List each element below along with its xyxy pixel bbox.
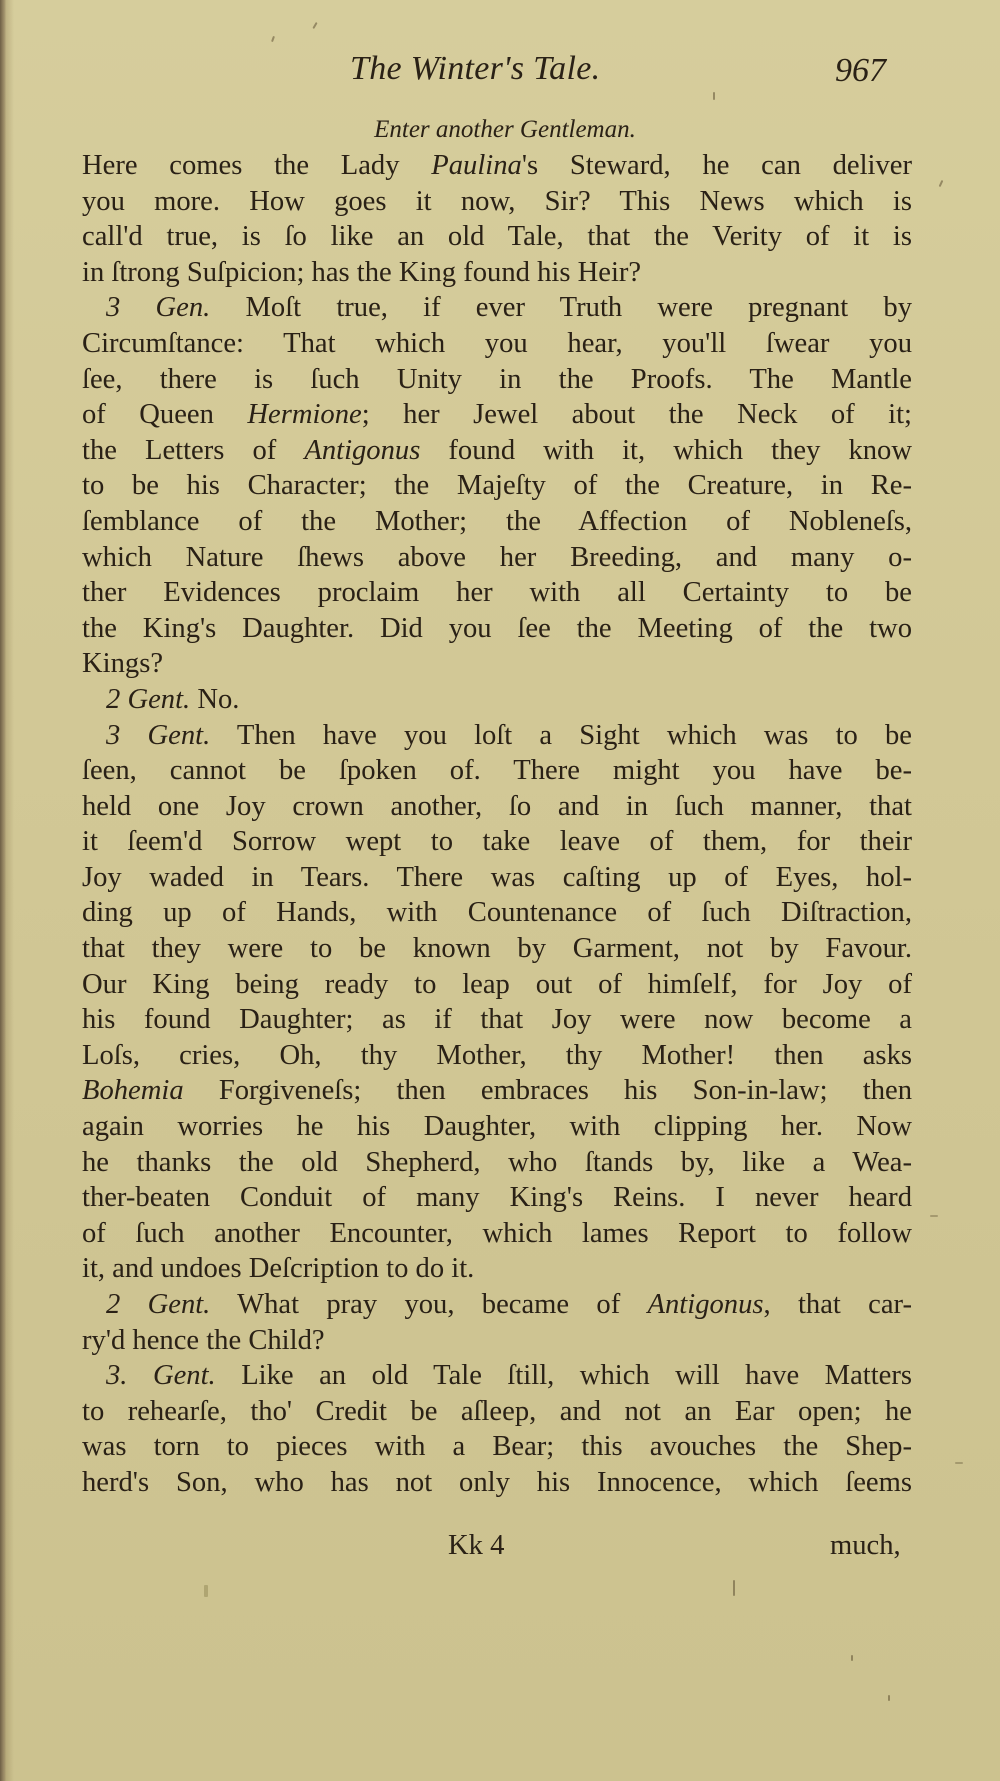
text-line: it ſeem'd Sorrow wept to take leave of t… bbox=[82, 824, 912, 860]
text-line: of ſuch another Encounter, which lames R… bbox=[82, 1216, 912, 1252]
proper-name: Antigonus bbox=[304, 435, 420, 466]
text-line: ther-beaten Conduit of many King's Reins… bbox=[82, 1180, 912, 1216]
running-head: The Winter's Tale. 967 bbox=[0, 50, 1000, 100]
text-line: ſeen, cannot be ſpoken of. There might y… bbox=[82, 753, 912, 789]
text-line: call'd true, is ſo like an old Tale, tha… bbox=[82, 219, 912, 255]
text-line: again worries he his Daughter, with clip… bbox=[82, 1109, 912, 1145]
text-line: his found Daughter; as if that Joy were … bbox=[82, 1002, 912, 1038]
proper-name: Antigonus bbox=[648, 1289, 764, 1320]
text-line: which Nature ſhews above her Breeding, a… bbox=[82, 540, 912, 576]
text-line: herd's Son, who has not only his Innocen… bbox=[82, 1465, 912, 1501]
text-line: of Queen Hermione; her Jewel about the N… bbox=[82, 397, 912, 433]
proper-name: Paulina bbox=[431, 150, 522, 181]
speaker-prefix: 3 Gent. bbox=[106, 720, 210, 751]
text-line: it, and undoes Deſcription to do it. bbox=[82, 1251, 912, 1287]
text-line: to be his Character; the Majeſty of the … bbox=[82, 468, 912, 504]
stage-direction: Enter another Gentleman. bbox=[0, 116, 1000, 144]
text-line: in ſtrong Suſpicion; has the King found … bbox=[82, 255, 912, 291]
text-line: Our King being ready to leap out of himſ… bbox=[82, 967, 912, 1003]
paper-speck bbox=[733, 1580, 735, 1596]
text-line: Here comes the Lady Paulina's Steward, h… bbox=[82, 148, 912, 184]
paper-speck bbox=[312, 22, 317, 29]
signature-mark: Kk 4 bbox=[448, 1530, 504, 1562]
text-line: ſemblance of the Mother; the Affection o… bbox=[82, 504, 912, 540]
text-line: was torn to pieces with a Bear; this avo… bbox=[82, 1429, 912, 1465]
speech-line: 3. Gent. Like an old Tale ſtill, which w… bbox=[82, 1358, 912, 1394]
text-line: he thanks the old Shepherd, who ſtands b… bbox=[82, 1145, 912, 1181]
text-line: the King's Daughter. Did you ſee the Mee… bbox=[82, 611, 912, 647]
text-line: you more. How goes it now, Sir? This New… bbox=[82, 184, 912, 220]
text-line: Joy waded in Tears. There was caſting up… bbox=[82, 860, 912, 896]
speaker-prefix: 3. Gent. bbox=[106, 1360, 216, 1391]
speech-line: 2 Gent. No. bbox=[82, 682, 912, 718]
proper-name: Bohemia bbox=[82, 1075, 184, 1106]
paper-speck bbox=[939, 180, 944, 187]
speech-line: 3 Gent. Then have you loſt a Sight which… bbox=[82, 718, 912, 754]
text-line: Kings? bbox=[82, 646, 912, 682]
paper-speck bbox=[271, 36, 275, 42]
speech-line: 3 Gen. Moſt true, if ever Truth were pre… bbox=[82, 290, 912, 326]
text-line: Circumſtance: That which you hear, you'l… bbox=[82, 326, 912, 362]
text-line: ry'd hence the Child? bbox=[82, 1323, 912, 1359]
paper-speck bbox=[713, 92, 715, 100]
proper-name: Hermione bbox=[247, 399, 361, 430]
text-line: that they were to be known by Garment, n… bbox=[82, 931, 912, 967]
text-line: Loſs, cries, Oh, thy Mother, thy Mother!… bbox=[82, 1038, 912, 1074]
text-line: to rehearſe, tho' Credit be aſleep, and … bbox=[82, 1394, 912, 1430]
speaker-prefix: 3 Gen. bbox=[106, 292, 210, 323]
text-line: ther Evidences proclaim her with all Cer… bbox=[82, 575, 912, 611]
text-line: ſee, there is ſuch Unity in the Proofs. … bbox=[82, 362, 912, 398]
paper-speck bbox=[204, 1585, 208, 1597]
paper-speck bbox=[888, 1695, 890, 1701]
page-number: 967 bbox=[835, 52, 886, 90]
paper-speck bbox=[930, 1215, 938, 1217]
running-title: The Winter's Tale. bbox=[350, 50, 600, 88]
speaker-prefix: 2 Gent. bbox=[106, 684, 190, 715]
speech-line: 2 Gent. What pray you, became of Antigon… bbox=[82, 1287, 912, 1323]
text-line: held one Joy crown another, ſo and in ſu… bbox=[82, 789, 912, 825]
catchword: much, bbox=[830, 1530, 901, 1562]
text-line: ding up of Hands, with Countenance of ſu… bbox=[82, 895, 912, 931]
text-line: Bohemia Forgiveneſs; then embraces his S… bbox=[82, 1073, 912, 1109]
paper-speck bbox=[955, 1462, 963, 1464]
text-line: the Letters of Antigonus found with it, … bbox=[82, 433, 912, 469]
speaker-prefix: 2 Gent. bbox=[106, 1289, 210, 1320]
binding-edge bbox=[0, 0, 6, 1781]
dialogue-body: Here comes the Lady Paulina's Steward, h… bbox=[82, 148, 912, 1501]
paper-speck bbox=[851, 1655, 853, 1661]
book-page: The Winter's Tale. 967 Enter another Gen… bbox=[0, 0, 1000, 1781]
catchline: Kk 4 much, bbox=[0, 1530, 1000, 1570]
